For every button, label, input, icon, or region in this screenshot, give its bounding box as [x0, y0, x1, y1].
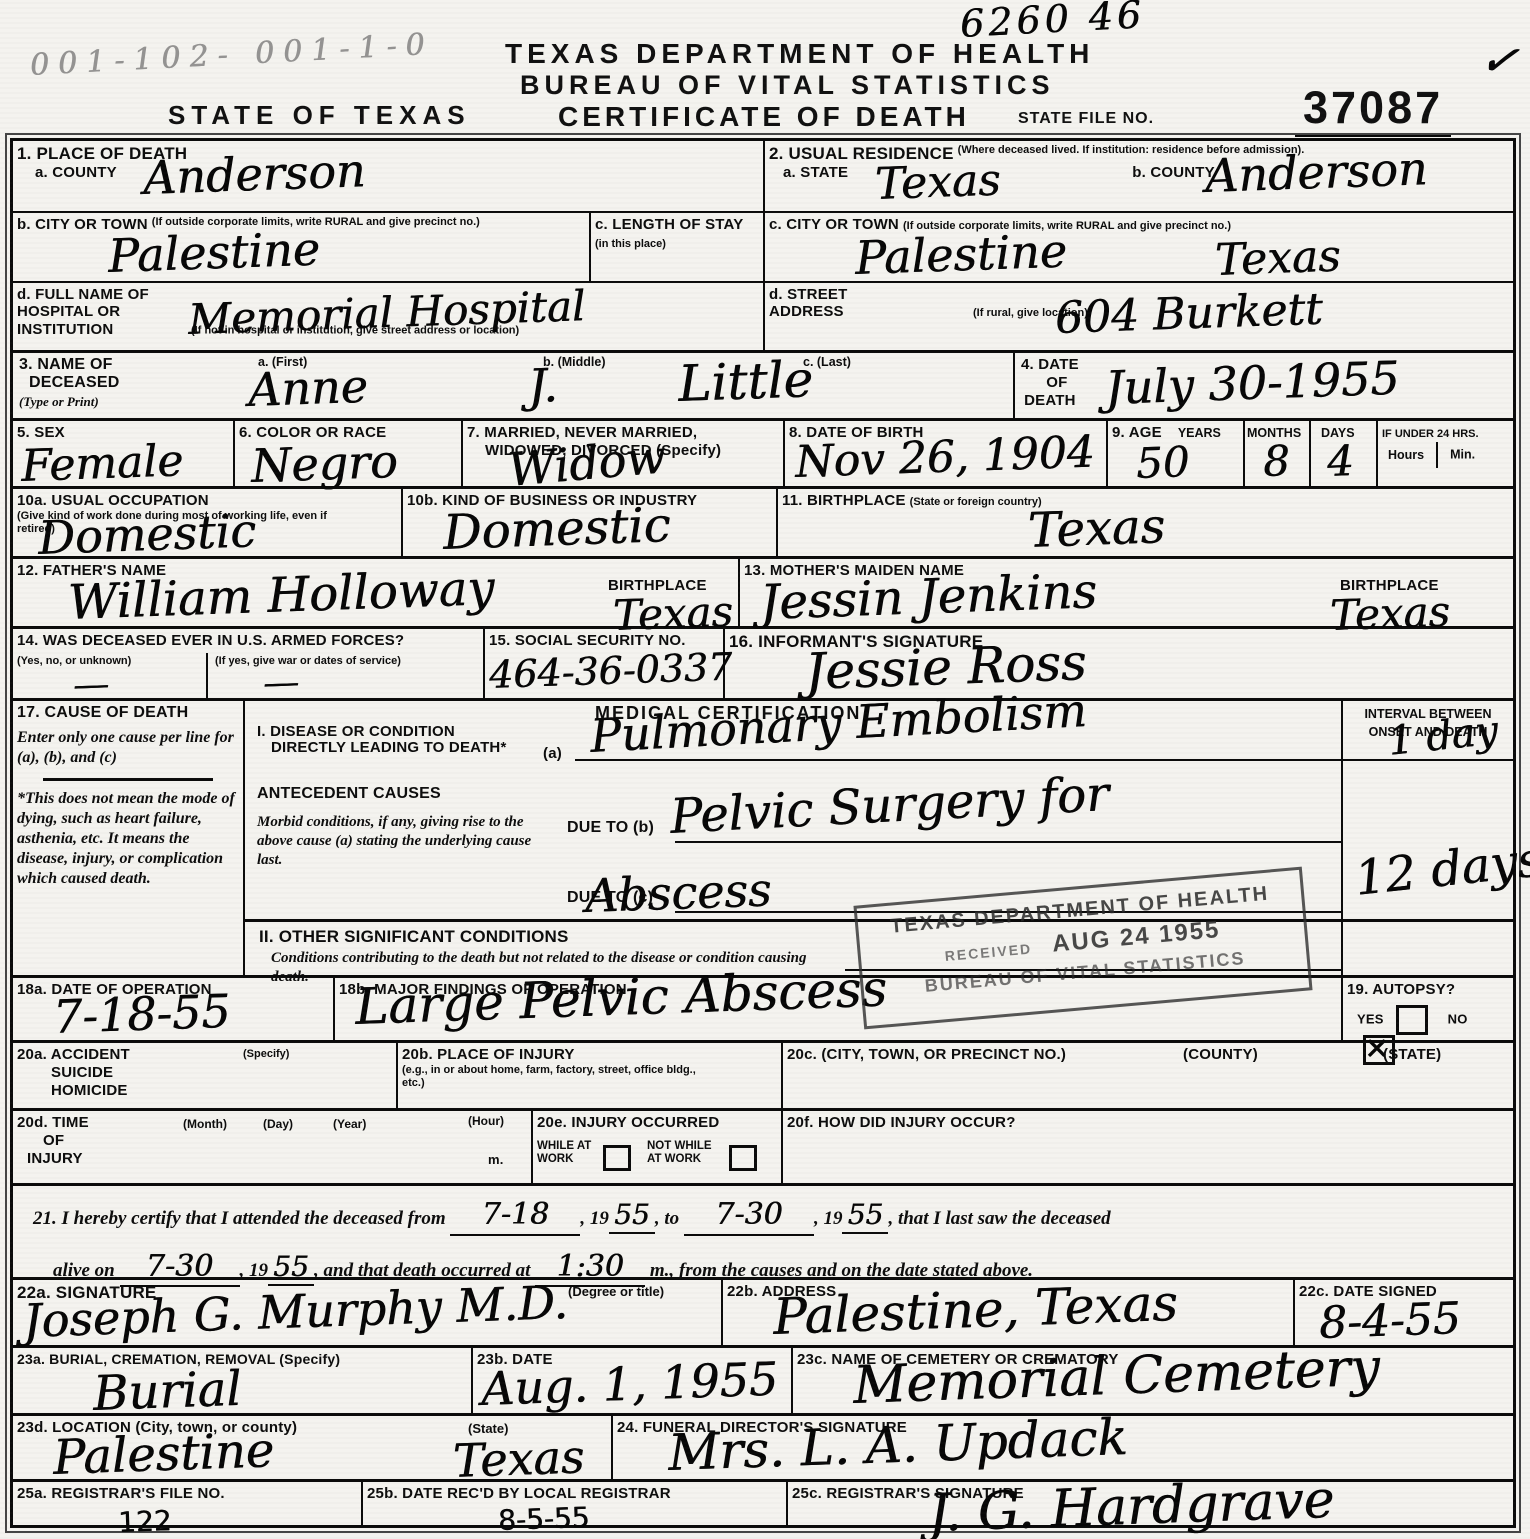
age-months-value: 8	[1262, 436, 1290, 486]
armed-forces-label: 14. WAS DECEASED EVER IN U.S. ARMED FORC…	[17, 632, 404, 649]
antecedent-label: ANTECEDENT CAUSES	[257, 785, 441, 803]
residence-state-county-cell: 2. USUAL RESIDENCE (Where deceased lived…	[765, 141, 1513, 213]
cause-a-label1: I. DISEASE OR CONDITION	[257, 723, 455, 740]
registrar-file-cell: 25a. REGISTRAR'S FILE NO. 122	[13, 1482, 363, 1525]
age-days-value: 4	[1326, 436, 1354, 486]
interval-c-value: 12 days	[1352, 832, 1530, 907]
row-injury-type: 20a. ACCIDENT (Specify) SUICIDE HOMICIDE…	[13, 1043, 1513, 1111]
middle-name-value: J.	[527, 358, 558, 413]
row-injury-time: 20d. TIME OF INJURY (Month) (Day) (Year)…	[13, 1111, 1513, 1186]
age-under24-cell: IF UNDER 24 HRS. Hours Min.	[1378, 421, 1513, 486]
dod-label-1: 4. DATE	[1021, 356, 1079, 373]
accident-cell: 20a. ACCIDENT (Specify) SUICIDE HOMICIDE	[13, 1043, 398, 1108]
accident-label-1: 20a. ACCIDENT	[17, 1046, 130, 1063]
sex-label: 5. SEX	[17, 424, 65, 441]
certify-y3-value: 55	[273, 1250, 309, 1283]
checkmark-icon: ✓	[1476, 30, 1522, 89]
cause-c-value: Abscess	[584, 863, 772, 923]
dod-label-3: DEATH	[1024, 392, 1076, 409]
not-while-at-work-label: NOT WHILE AT WORK	[647, 1140, 725, 1165]
place-of-injury-note: (e.g., in or about home, farm, factory, …	[402, 1064, 702, 1090]
registrar-date-value: 8-5-55	[497, 1501, 590, 1537]
registrar-signature-cell: 25c. REGISTRAR'S SIGNATURE J. G. Hardgra…	[788, 1482, 1513, 1525]
cause-b-value: Pelvic Surgery for	[669, 766, 1111, 845]
armed-forces-value2: —	[262, 662, 299, 704]
certify-line-1: 21. I hereby certify that I attended the…	[33, 1196, 1493, 1236]
length-of-stay-label: c. LENGTH OF STAY	[595, 216, 743, 233]
certificate-title: CERTIFICATE OF DEATH	[558, 101, 970, 133]
row-physician: 22a. SIGNATURE (Degree or title) Joseph …	[13, 1280, 1513, 1348]
certify-p5: , that I last saw the deceased	[888, 1208, 1110, 1229]
usual-residence-section: 2. USUAL RESIDENCE (Where deceased lived…	[765, 141, 1513, 350]
how-injury-label: 20f. HOW DID INJURY OCCUR?	[787, 1114, 1016, 1131]
under24-label: IF UNDER 24 HRS.	[1382, 428, 1479, 440]
deceased-title-1: 3. NAME OF	[19, 356, 113, 373]
burial-type-value: Burial	[92, 1361, 242, 1422]
certificate-form: 1. PLACE OF DEATH a. COUNTY Anderson b. …	[10, 138, 1516, 1528]
physician-signature-cell: 22a. SIGNATURE (Degree or title) Joseph …	[13, 1280, 723, 1345]
certify-p3: , to	[655, 1208, 679, 1229]
cause-instr-1: Enter only one cause per line for (a), (…	[17, 728, 239, 768]
registrar-file-value: 122	[117, 1504, 172, 1539]
death-certificate-page: 001-102- 001-1-0 6260 46 ✓ TEXAS DEPARTM…	[0, 0, 1530, 1539]
toi-label-2: OF	[43, 1132, 64, 1149]
birthplace-value: Texas	[1027, 498, 1166, 559]
state-file-no-value: 37087	[1295, 82, 1451, 137]
burial-location-value: Palestine	[52, 1422, 275, 1486]
state-file-no-label: STATE FILE NO.	[1018, 110, 1154, 128]
injury-county-label: (COUNTY)	[1183, 1046, 1258, 1063]
date-signed-cell: 22c. DATE SIGNED 8-4-55	[1295, 1280, 1513, 1345]
age-years-value: 50	[1135, 437, 1190, 488]
residence-city-state-value: Texas	[1214, 231, 1341, 286]
cause-title: 17. CAUSE OF DEATH	[17, 704, 188, 721]
certify-p9: m., from the causes and on the date stat…	[650, 1260, 1033, 1281]
hospital-cell: d. FULL NAME OF HOSPITAL OR INSTITUTION …	[13, 283, 763, 349]
father-cell: 12. FATHER'S NAME BIRTHPLACE William Hol…	[13, 559, 740, 626]
stamp-received: RECEIVED	[944, 940, 1033, 964]
row-parents: 12. FATHER'S NAME BIRTHPLACE William Hol…	[13, 559, 1513, 629]
interval-separator	[1343, 919, 1513, 922]
bureau-title: BUREAU OF VITAL STATISTICS	[520, 70, 1055, 101]
residence-county-label: b. COUNTY	[1132, 164, 1215, 181]
certify-from-value: 7-18	[482, 1197, 549, 1232]
morbid-note: Morbid conditions, if any, giving rise t…	[257, 813, 557, 869]
sex-value: Female	[20, 435, 184, 492]
how-injury-cell: 20f. HOW DID INJURY OCCUR?	[783, 1111, 1513, 1183]
certify-y2-blank: 55	[842, 1197, 888, 1234]
burial-date-cell: 23b. DATE Aug. 1, 1955	[473, 1348, 793, 1413]
toi-day-label: (Day)	[263, 1117, 293, 1131]
autopsy-yes-checkbox	[1396, 1005, 1428, 1035]
mother-name-value: Jessin Jenkins	[759, 563, 1098, 631]
certify-p2: , 19	[580, 1208, 609, 1229]
first-name-value: Anne	[247, 359, 369, 417]
certify-y2-value: 55	[848, 1198, 884, 1231]
certify-y1-blank: 55	[609, 1197, 655, 1234]
burial-location-cell: 23d. LOCATION (City, town, or county) (S…	[13, 1416, 613, 1479]
degree-or-title-label: (Degree or title)	[568, 1284, 664, 1300]
toi-label-3: INJURY	[27, 1150, 83, 1167]
accident-label-2: SUICIDE	[51, 1064, 113, 1081]
injury-location-cell: 20c. (CITY, TOWN, OR PRECINCT NO.) (COUN…	[783, 1043, 1513, 1108]
name-of-deceased-cell: 3. NAME OF DECEASED (Type or Print) a. (…	[13, 353, 1015, 418]
under24-min-label: Min.	[1450, 448, 1475, 462]
place-of-injury-cell: 20b. PLACE OF INJURY (e.g., in or about …	[398, 1043, 783, 1108]
toi-label-1: 20d. TIME	[17, 1114, 89, 1131]
physician-address-cell: 22b. ADDRESS Palestine, Texas	[723, 1280, 1295, 1345]
armed-forces-cell: 14. WAS DECEASED EVER IN U.S. ARMED FORC…	[13, 629, 485, 698]
accident-specify: (Specify)	[243, 1048, 289, 1061]
place-of-death-section: 1. PLACE OF DEATH a. COUNTY Anderson b. …	[13, 141, 765, 350]
residence-city-value: Palestine	[854, 224, 1068, 285]
due-to-b-label: DUE TO (b)	[567, 819, 654, 837]
age-months-cell: MONTHS 8	[1245, 421, 1311, 486]
interval-cell: INTERVAL BETWEEN ONSET AND DEATH 1 day 1…	[1343, 701, 1513, 975]
while-at-work-checkbox	[603, 1145, 631, 1171]
street-address-cell: d. STREET ADDRESS (If rural, give locati…	[765, 283, 1513, 349]
place-county-label: a. COUNTY	[35, 164, 117, 181]
row-certify-statement: 21. I hereby certify that I attended the…	[13, 1186, 1513, 1280]
burial-type-cell: 23a. BURIAL, CREMATION, REMOVAL (Specify…	[13, 1348, 473, 1413]
occupation-cell: 10a. USUAL OCCUPATION (Give kind of work…	[13, 489, 403, 556]
registrar-file-label: 25a. REGISTRAR'S FILE NO.	[17, 1485, 225, 1502]
birthplace-cell: 11. BIRTHPLACE (State or foreign country…	[778, 489, 1513, 556]
handwritten-batch-number: 6260 46	[959, 0, 1146, 46]
street-address-value: 604 Burkett	[1054, 284, 1323, 344]
residence-state-value: Texas	[874, 155, 1001, 210]
place-city-cell: b. CITY OR TOWN (If outside corporate li…	[13, 213, 591, 281]
armed-forces-value1: —	[72, 664, 109, 706]
place-of-injury-label: 20b. PLACE OF INJURY	[402, 1046, 575, 1063]
date-of-death-cell: 4. DATE OF DEATH July 30-1955	[1015, 353, 1513, 418]
place-city-row: b. CITY OR TOWN (If outside corporate li…	[13, 213, 763, 283]
dod-label-2: OF	[1046, 374, 1067, 391]
funeral-director-cell: 24. FUNERAL DIRECTOR'S SIGNATURE Mrs. L.…	[613, 1416, 1513, 1479]
last-name-value: Little	[677, 350, 814, 413]
row-demographics: 5. SEX Female 6. COLOR OR RACE Negro 7. …	[13, 421, 1513, 489]
registrar-date-label: 25b. DATE REC'D BY LOCAL REGISTRAR	[367, 1485, 671, 1502]
marital-cell: 7. MARRIED, NEVER MARRIED, WIDOWED, DIVO…	[463, 421, 785, 486]
cause-instructions-cell: 17. CAUSE OF DEATH Enter only one cause …	[13, 701, 245, 975]
race-cell: 6. COLOR OR RACE Negro	[235, 421, 463, 486]
residence-state-label: a. STATE	[783, 164, 848, 181]
hospital-label: d. FULL NAME OF HOSPITAL OR INSTITUTION	[17, 286, 187, 338]
certify-p1: 21. I hereby certify that I attended the…	[33, 1208, 446, 1229]
time-of-injury-cell: 20d. TIME OF INJURY (Month) (Day) (Year)…	[13, 1111, 533, 1183]
length-of-stay-cell: c. LENGTH OF STAY (in this place)	[591, 213, 763, 281]
not-while-at-work-checkbox	[729, 1145, 757, 1171]
place-city-value: Palestine	[107, 222, 321, 283]
certify-p7: , 19	[240, 1260, 269, 1281]
registrar-date-cell: 25b. DATE REC'D BY LOCAL REGISTRAR 8-5-5…	[363, 1482, 788, 1525]
residence-city-cell: c. CITY OR TOWN (If outside corporate li…	[765, 213, 1513, 283]
cause-instr-2: *This does not mean the mode of dying, s…	[17, 789, 239, 889]
state-of-texas: STATE OF TEXAS	[168, 100, 471, 131]
sex-cell: 5. SEX Female	[13, 421, 235, 486]
cemetery-cell: 23c. NAME OF CEMETERY OR CREMATORY Memor…	[793, 1348, 1513, 1413]
place-county-value: Anderson	[142, 143, 366, 205]
row-burial: 23a. BURIAL, CREMATION, REMOVAL (Specify…	[13, 1348, 1513, 1416]
toi-m-label: m.	[488, 1153, 504, 1168]
dob-value: Nov 26, 1904	[794, 427, 1095, 488]
occupation-value: Domestic	[37, 503, 257, 565]
row-place-residence: 1. PLACE OF DEATH a. COUNTY Anderson b. …	[13, 141, 1513, 353]
dob-cell: 8. DATE OF BIRTH Nov 26, 1904	[785, 421, 1108, 486]
informant-cell: 16. INFORMANT'S SIGNATURE Jessie Ross	[725, 629, 1513, 698]
ssn-value: 464-36-0337	[488, 645, 733, 697]
length-of-stay-note: (in this place)	[595, 238, 666, 250]
armed-forces-note2: (If yes, give war or dates of service)	[215, 655, 465, 668]
certify-to-blank: 7-30	[684, 1196, 814, 1236]
while-at-work-label: WHILE AT WORK	[537, 1140, 599, 1165]
birthplace-note: (State or foreign country)	[910, 496, 1042, 508]
street-address-label: d. STREET ADDRESS	[769, 286, 879, 321]
autopsy-label: 19. AUTOPSY?	[1347, 981, 1455, 998]
burial-location-state-value: Texas	[452, 1429, 585, 1488]
birthplace-label: 11. BIRTHPLACE	[782, 492, 906, 509]
place-county-cell: 1. PLACE OF DEATH a. COUNTY Anderson	[13, 141, 763, 213]
operation-date-cell: 18a. DATE OF OPERATION 7-18-55	[13, 978, 335, 1040]
certify-p4: , 19	[814, 1208, 843, 1229]
cause-instr-rule	[43, 778, 213, 781]
certify-from-blank: 7-18	[450, 1196, 580, 1236]
autopsy-no-label: NO	[1448, 1012, 1468, 1027]
injury-city-label: 20c. (CITY, TOWN, OR PRECINCT NO.)	[787, 1046, 1066, 1063]
row-registrar: 25a. REGISTRAR'S FILE NO. 122 25b. DATE …	[13, 1482, 1513, 1525]
mother-bp-value: Texas	[1329, 587, 1451, 640]
race-value: Negro	[250, 434, 398, 493]
certify-p6: alive on	[53, 1260, 115, 1281]
father-bp-value: Texas	[612, 587, 734, 640]
row-forces-ssn-informant: 14. WAS DECEASED EVER IN U.S. ARMED FORC…	[13, 629, 1513, 701]
under24-hours-label: Hours	[1388, 448, 1424, 462]
age-days-cell: DAYS 4	[1311, 421, 1378, 486]
cause-a-label2: DIRECTLY LEADING TO DEATH*	[271, 739, 507, 756]
hospital-value: Memorial Hospital	[187, 281, 586, 344]
date-of-death-value: July 30-1955	[1104, 351, 1400, 415]
row-name-dod: 3. NAME OF DECEASED (Type or Print) a. (…	[13, 353, 1513, 421]
cause-a-line	[575, 759, 1341, 761]
injury-state-label: (STATE)	[1383, 1046, 1441, 1063]
ssn-cell: 15. SOCIAL SECURITY NO. 464-36-0337	[485, 629, 725, 698]
autopsy-cell: 19. AUTOPSY? YES NO ✕	[1343, 978, 1513, 1040]
pencil-scribble: 001-102- 001-1-0	[29, 27, 434, 83]
cemetery-value: Memorial Cemetery	[852, 1338, 1381, 1416]
cause-b-line	[675, 841, 1341, 843]
age-years-cell: 9. AGE YEARS 50	[1108, 421, 1245, 486]
armed-forces-divider	[206, 653, 208, 698]
autopsy-yes-label: YES	[1357, 1012, 1384, 1027]
certify-y1-value: 55	[614, 1198, 650, 1231]
cause-a-tag: (a)	[543, 745, 562, 762]
injury-occurred-cell: 20e. INJURY OCCURRED WHILE AT WORK NOT W…	[533, 1111, 783, 1183]
certify-to-value: 7-30	[715, 1197, 782, 1232]
operation-date-value: 7-18-55	[52, 984, 231, 1044]
accident-label-3: HOMICIDE	[51, 1082, 128, 1099]
residence-county-value: Anderson	[1204, 141, 1428, 203]
under24-divider	[1436, 442, 1438, 468]
age-cell: 9. AGE YEARS 50 MONTHS 8 DAYS 4 IF UNDER…	[1108, 421, 1513, 486]
mother-cell: 13. MOTHER'S MAIDEN NAME BIRTHPLACE Jess…	[740, 559, 1513, 626]
row-occupation: 10a. USUAL OCCUPATION (Give kind of work…	[13, 489, 1513, 559]
significant-title: II. OTHER SIGNIFICANT CONDITIONS	[259, 927, 569, 947]
deceased-title-3: (Type or Print)	[19, 394, 99, 409]
industry-cell: 10b. KIND OF BUSINESS OR INDUSTRY Domest…	[403, 489, 778, 556]
toi-hour-label: (Hour)	[468, 1114, 504, 1128]
deceased-title-2: DECEASED	[29, 374, 120, 391]
industry-value: Domestic	[442, 497, 671, 561]
certify-alive-value: 7-30	[146, 1249, 213, 1284]
toi-year-label: (Year)	[333, 1117, 366, 1131]
burial-date-value: Aug. 1, 1955	[480, 1352, 779, 1416]
toi-month-label: (Month)	[183, 1117, 227, 1131]
injury-occurred-label: 20e. INJURY OCCURRED	[537, 1114, 719, 1131]
